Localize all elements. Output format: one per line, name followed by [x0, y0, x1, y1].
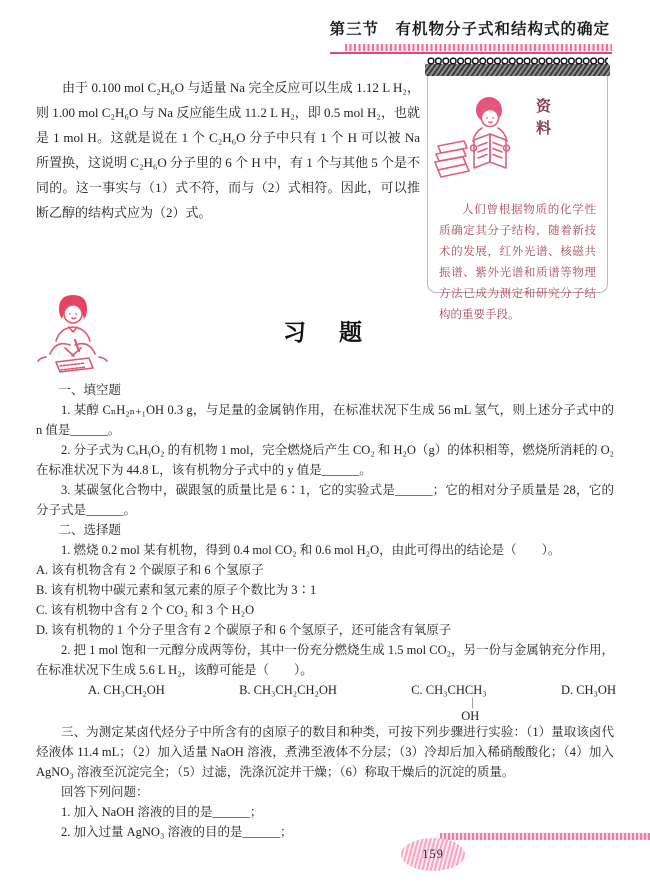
mc-q2-option-c-formula: C. CH₃CHCH₃ [411, 683, 486, 697]
mc-q1-option-b: B. 该有机物中碳元素和氢元素的原子个数比为 3∶1 [36, 580, 614, 600]
mc-question-2-stem: 2. 把 1 mol 饱和一元醇分成两等份，其中一份充分燃烧生成 1.5 mol… [36, 640, 614, 680]
mc-q2-option-d: D. CH₃OH [561, 680, 616, 700]
resource-box-body: 资料 人们曾根据物质的化学性质确定其分子结构，随着新技术的发展，红外光谱、核磁共… [427, 76, 608, 293]
resource-box-title: 资料 [532, 98, 553, 142]
spiral-binding-band [425, 64, 610, 76]
mc-q2-option-b: B. CH₃CH₂CH₂OH [239, 680, 337, 700]
girl-reading-icon [432, 88, 536, 184]
resource-box: 资料 人们曾根据物质的化学性质确定其分子结构，随着新技术的发展，红外光谱、核磁共… [427, 64, 608, 293]
textbook-page: 第三节 有机物分子式和结构式的确定 由于 0.100 mol C₂H₆O 与适量… [0, 0, 650, 893]
fill-in-question-3: 3. 某碳氢化合物中，碳跟氢的质量比是 6∶1，它的实验式是______；它的相… [36, 480, 614, 520]
mc-q2-option-a: A. CH₃CH₂OH [88, 680, 165, 700]
fill-in-question-1: 1. 某醇 CₙH₂ₙ₊₁OH 0.3 g，与足量的金属钠作用，在标准状况下生成… [36, 400, 614, 440]
exercises-title: 习 题 [0, 314, 650, 347]
mc-q1-option-d: D. 该有机物的 1 个分子里含有 2 个碳原子和 6 个氢原子，还可能含有氧原… [36, 620, 614, 640]
mc-q2-options-row: A. CH₃CH₂OH B. CH₃CH₂CH₂OH C. CH₃CHCH₃ ｜… [88, 680, 616, 722]
multiple-choice-section-heading: 二、选择题 [36, 520, 614, 540]
resource-box-text: 人们曾根据物质的化学性质确定其分子结构，随着新技术的发展，红外光谱、核磁共振谱、… [428, 200, 607, 326]
mc-q1-option-c: C. 该有机物中含有 2 个 CO₂ 和 3 个 H₂O [36, 600, 614, 620]
mc-q2-option-c-oh-group: OH [411, 709, 486, 723]
page-number: 159 [422, 847, 444, 862]
fill-in-question-2: 2. 分子式为 CₓHᵧO₂ 的有机物 1 mol，完全燃烧后产生 CO₂ 和 … [36, 440, 614, 480]
experiment-answer-prompt: 回答下列问题： [36, 782, 614, 802]
header-striped-band [345, 44, 612, 51]
mc-q1-option-a: A. 该有机物含有 2 个碳原子和 6 个氢原子 [36, 560, 614, 580]
spiral-coils-icon [427, 55, 608, 67]
page-title: 第三节 有机物分子式和结构式的确定 [0, 17, 610, 39]
experiment-question: 三、为测定某卤代烃分子中所含有的卤原子的数目和种类，可按下列步骤进行实验：（1）… [36, 722, 614, 782]
intro-paragraph: 由于 0.100 mol C₂H₆O 与适量 Na 完全反应可以生成 1.12 … [36, 75, 420, 225]
mc-question-1-stem: 1. 燃烧 0.2 mol 某有机物，得到 0.4 mol CO₂ 和 0.6 … [36, 540, 614, 560]
footer-striped-band [440, 833, 650, 840]
mc-q2-option-c: C. CH₃CHCH₃ ｜ OH [411, 680, 486, 723]
fill-in-section-heading: 一、填空题 [36, 380, 614, 400]
exercises-content: 一、填空题 1. 某醇 CₙH₂ₙ₊₁OH 0.3 g，与足量的金属钠作用，在标… [36, 380, 614, 842]
mc-q2-option-c-bond: ｜ [411, 700, 486, 709]
page-number-badge: 159 [401, 838, 465, 871]
header-rule-line [330, 52, 612, 54]
experiment-sub-question-1: 1. 加入 NaOH 溶液的目的是______； [36, 802, 614, 822]
